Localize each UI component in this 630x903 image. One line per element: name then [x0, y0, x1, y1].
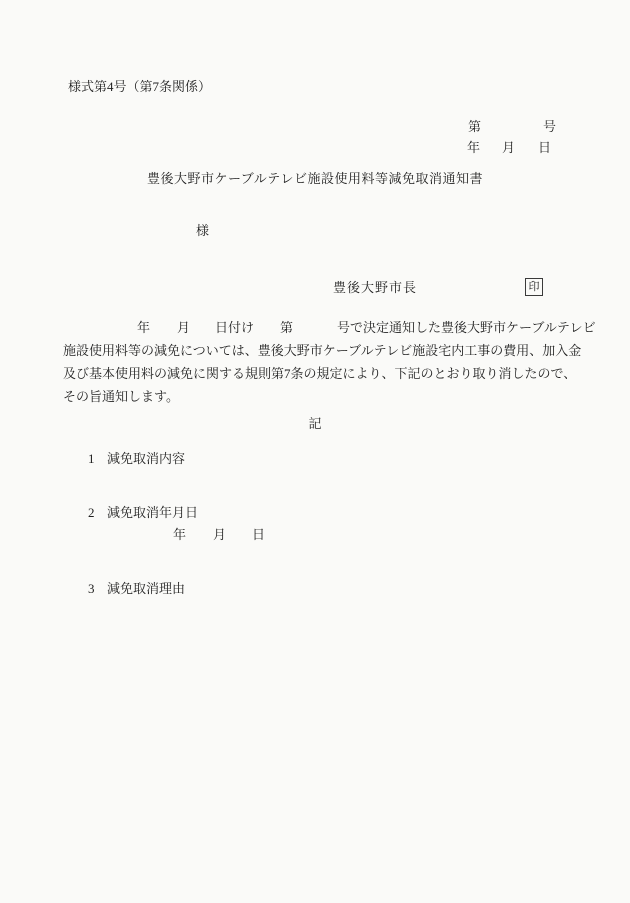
body-line1-text: 号で決定通知した豊後大野市ケーブルテレビ — [337, 320, 596, 335]
item-1-label: 減免取消内容 — [107, 451, 185, 466]
item-2-date-year-label: 年 — [173, 527, 186, 542]
document-page: 様式第4号（第7条関係） 第 号 年 月 日 豊後大野市ケーブルテレビ施設使用料… — [0, 0, 630, 903]
body-number-prefix: 第 — [280, 320, 293, 335]
body-line3-text: 及び基本使用料の減免に関する規則第7条の規定により、下記のとおり取り消したので、 — [63, 366, 576, 381]
item-2-label: 減免取消年月日 — [107, 505, 198, 520]
note-marker: 記 — [0, 416, 630, 431]
item-2-number: 2 — [88, 505, 95, 520]
item-2-date-month-label: 月 — [213, 527, 226, 542]
document-title: 豊後大野市ケーブルテレビ施設使用料等減免取消通知書 — [0, 171, 630, 186]
date-year-label: 年 — [467, 140, 480, 155]
body-line2-text: 施設使用料等の減免については、豊後大野市ケーブルテレビ施設宅内工事の費用、加入金 — [63, 343, 581, 358]
date-month-label: 月 — [502, 140, 515, 155]
body-year-label: 年 — [137, 320, 150, 335]
addressee-honorific: 様 — [196, 223, 209, 238]
doc-number-prefix: 第 — [468, 119, 481, 134]
form-number: 様式第4号（第7条関係） — [68, 79, 211, 94]
body-line4-text: その旨通知します。 — [63, 389, 179, 404]
item-3-label: 減免取消理由 — [107, 581, 185, 596]
item-1-number: 1 — [88, 451, 95, 466]
doc-number-suffix: 号 — [543, 119, 556, 134]
sender-name: 豊後大野市長 — [333, 280, 417, 295]
body-day-dated-label: 日付け — [215, 320, 254, 335]
seal-mark: 印 — [525, 278, 543, 296]
item-2-date-day-label: 日 — [252, 527, 265, 542]
item-3-number: 3 — [88, 581, 95, 596]
date-day-label: 日 — [538, 140, 551, 155]
body-month-label: 月 — [177, 320, 190, 335]
